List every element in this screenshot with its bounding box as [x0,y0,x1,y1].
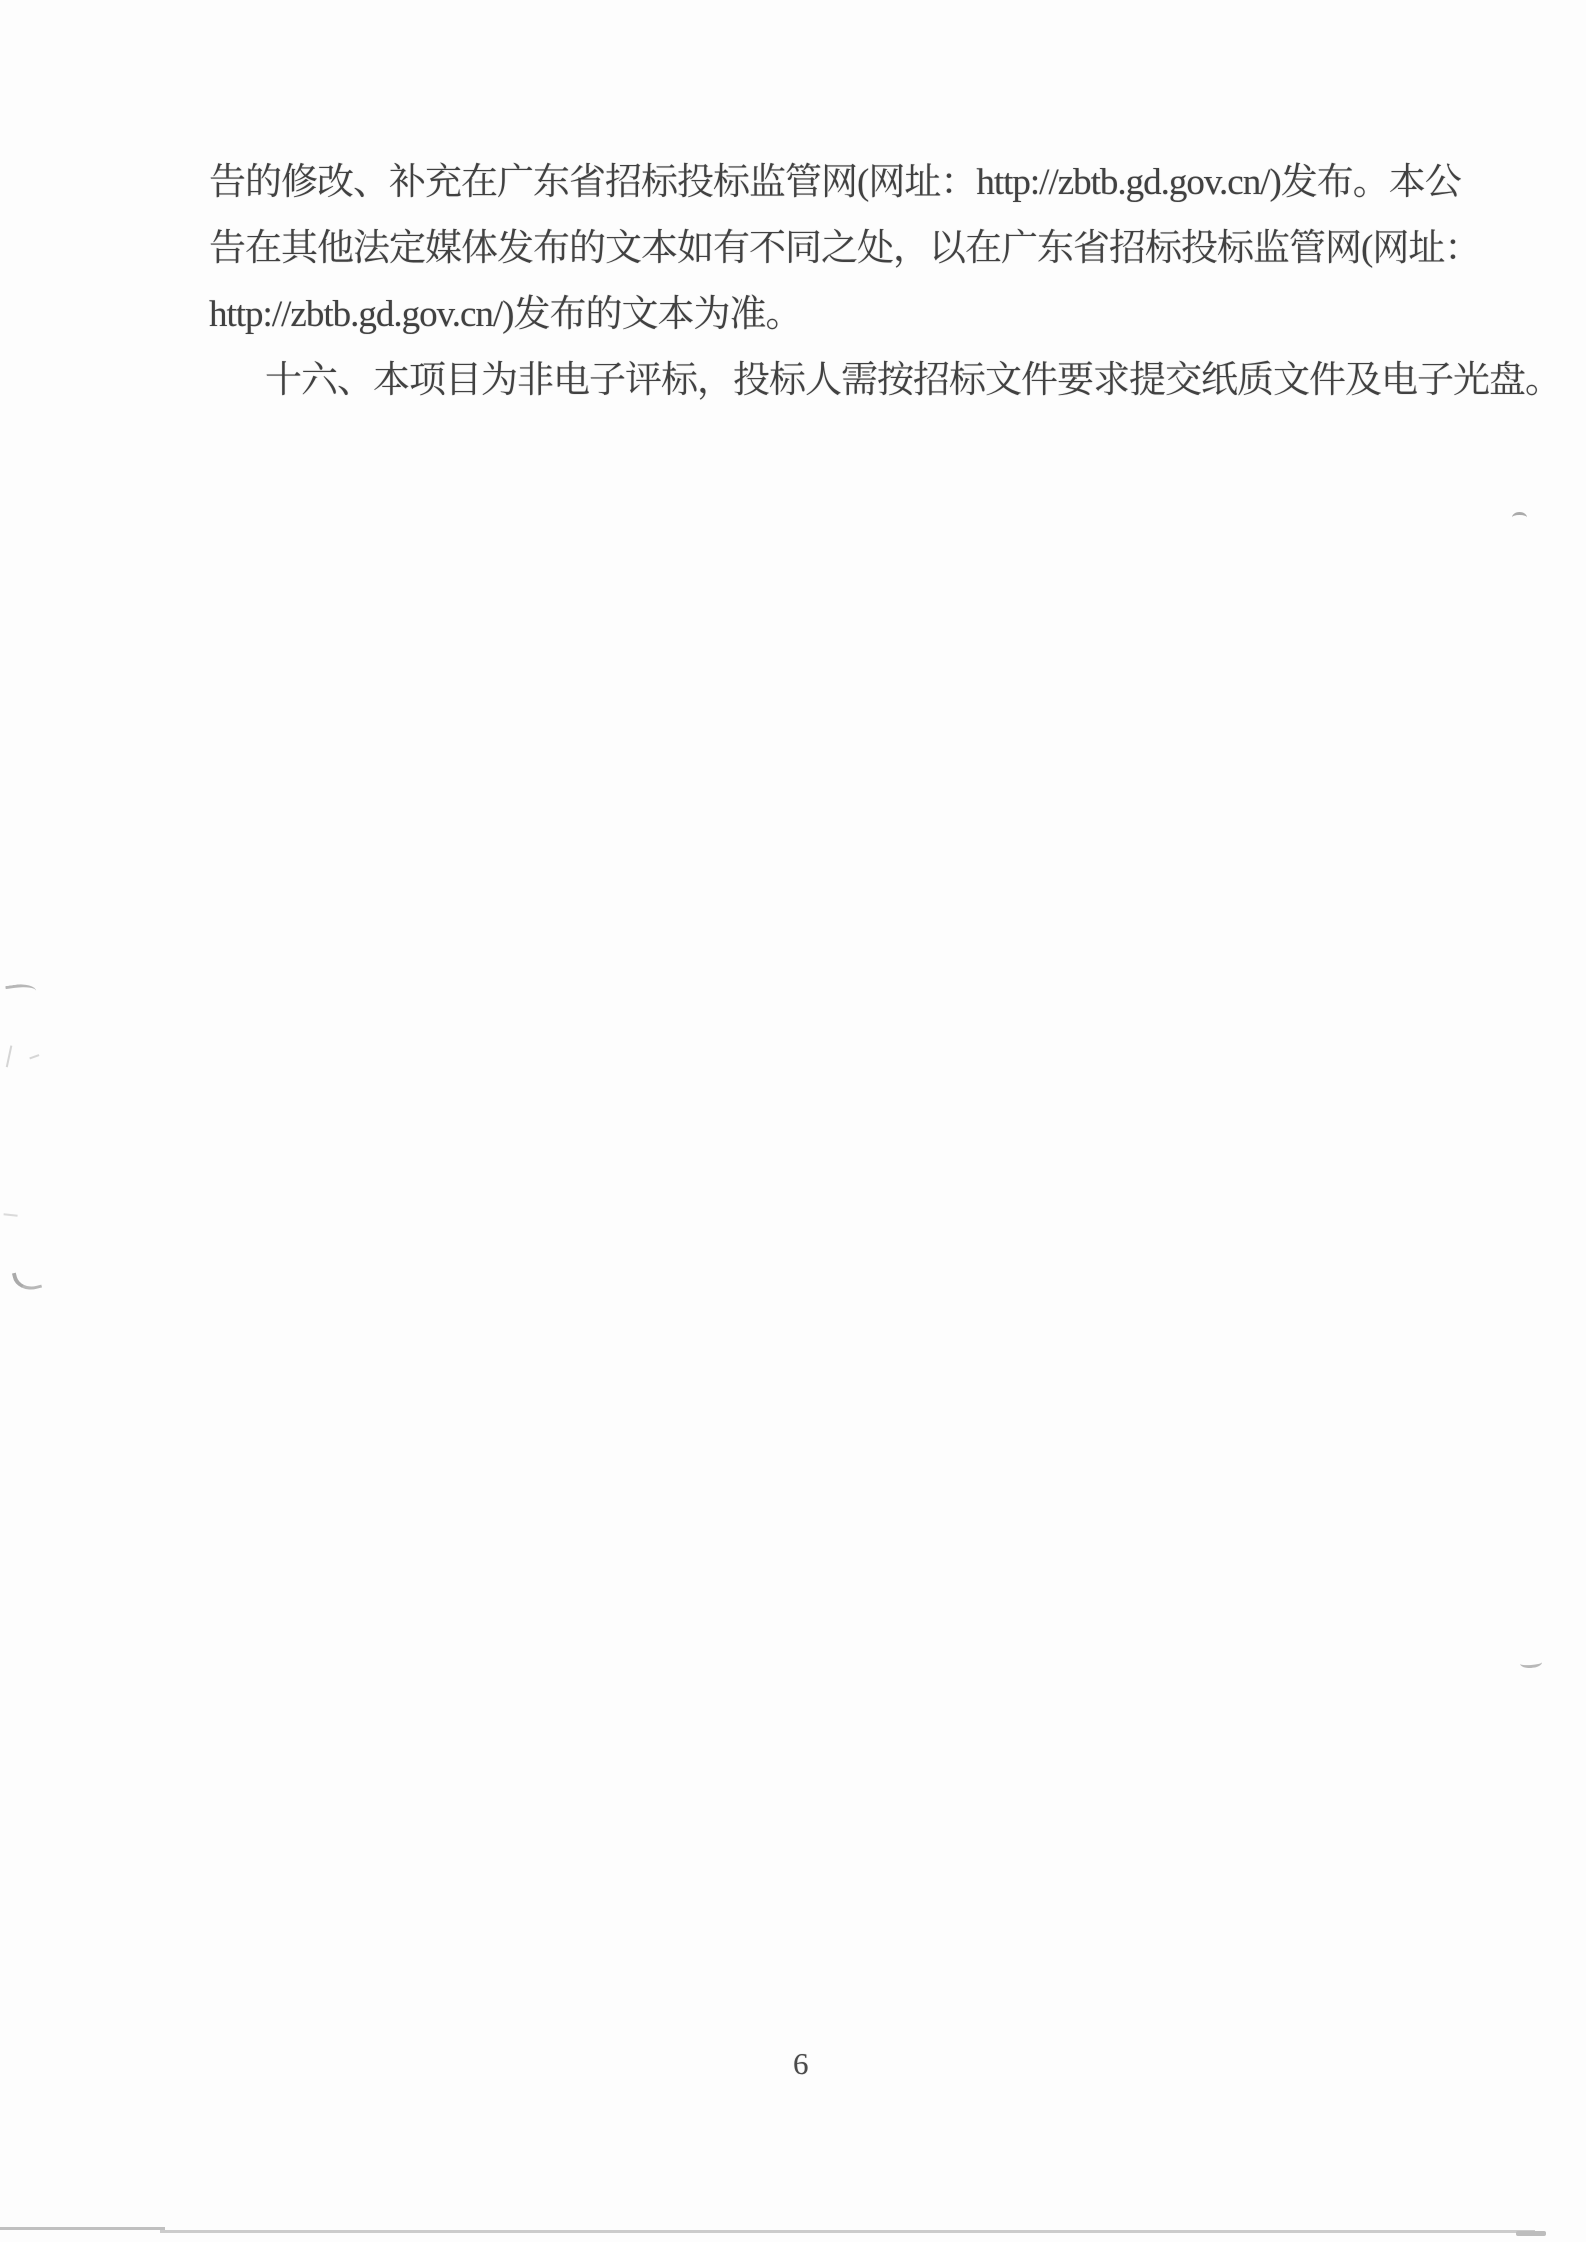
scan-artifact [4,1205,19,1216]
text-line-2: 告在其他法定媒体发布的文本如有不同之处，以在广东省招标投标监管网(网址： [209,216,1499,282]
scan-artifact [1520,1657,1543,1669]
scan-artifact [1512,512,1527,523]
scan-artifact [27,1047,40,1060]
scan-edge-line [1516,2231,1546,2236]
scan-artifact [5,982,37,999]
scan-artifact [12,1267,42,1294]
text-line-3: http://zbtb.gd.gov.cn/)发布的文本为准。 [209,282,1499,348]
text-line-4: 十六、本项目为非电子评标，投标人需按招标文件要求提交纸质文件及电子光盘。 [209,348,1499,414]
page-number: 6 [793,2048,809,2079]
text-line-1: 告的修改、补充在广东省招标投标监管网(网址：http://zbtb.gd.gov… [209,150,1499,216]
scan-edge-line [0,2227,165,2230]
body-text: 告的修改、补充在广东省招标投标监管网(网址：http://zbtb.gd.gov… [209,150,1499,414]
scan-edge-line [160,2230,1535,2233]
scanned-document-page: 告的修改、补充在广东省招标投标监管网(网址：http://zbtb.gd.gov… [0,0,1586,2242]
scan-artifact [6,1045,18,1068]
